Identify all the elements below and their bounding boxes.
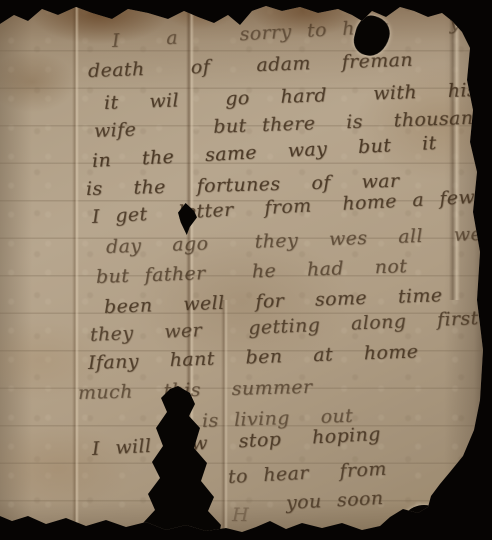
scanned-letter-photo: I a sorry to hear y th death of adam fre… — [0, 0, 492, 540]
paper-notch-bottom-right — [398, 505, 450, 540]
fold-crease-right — [449, 0, 460, 300]
fold-crease-left — [72, 0, 79, 540]
letter-paper: I a sorry to hear y th death of adam fre… — [0, 0, 492, 540]
handwriting-line: H — [232, 504, 249, 526]
